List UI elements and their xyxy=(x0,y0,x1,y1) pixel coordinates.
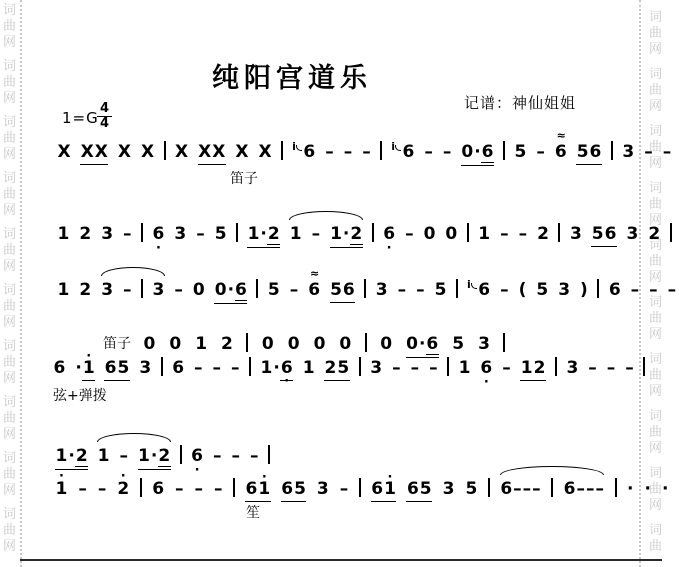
barline xyxy=(256,279,258,298)
beam-underline: 1·2 xyxy=(138,448,171,470)
note-digit: 5 xyxy=(117,360,130,378)
barline xyxy=(365,333,367,352)
duration-dash: – xyxy=(429,359,439,379)
beam-underline: XX xyxy=(80,144,108,165)
note-digit: 3 xyxy=(478,335,491,355)
note-digit: X xyxy=(258,143,272,163)
note-token: 6 xyxy=(608,281,621,301)
note-digit: 6 xyxy=(342,282,355,300)
note-token: – xyxy=(518,225,528,245)
note-digit: ( xyxy=(518,281,527,301)
page-title: 纯阳宫道乐 xyxy=(212,56,372,95)
beam-underline: 0·6 xyxy=(406,336,439,358)
note-token: 2 xyxy=(221,335,234,355)
beam-underline: 61· xyxy=(371,481,397,502)
duration-dash: – xyxy=(311,225,321,245)
duration-dash: – xyxy=(119,447,129,467)
note-token: 12 xyxy=(520,359,546,381)
barline xyxy=(372,223,374,242)
barline xyxy=(359,478,361,497)
note-digit: 3 xyxy=(569,225,582,245)
note-digit: 6 xyxy=(152,480,165,500)
note-digit: 0 xyxy=(169,335,182,355)
note-digit: 2 xyxy=(267,226,280,244)
duration-dash: – xyxy=(595,480,605,500)
augmentation-dot: · xyxy=(150,448,157,466)
barline xyxy=(447,357,449,376)
note-digit: 1 xyxy=(55,448,68,466)
note-token: – xyxy=(231,447,241,467)
note-token: ·1· xyxy=(75,359,95,381)
duration-dash: – xyxy=(250,447,260,467)
note-token: 1·2 xyxy=(55,447,88,470)
watermark-char-right: 词 xyxy=(649,410,662,423)
note-digit: X xyxy=(57,143,71,163)
note-token: 3 xyxy=(370,359,383,379)
left-dotted-border xyxy=(20,0,22,567)
note-token: 2 xyxy=(79,225,92,245)
watermark-char-left: 曲 xyxy=(3,76,16,89)
score-line-3: 123–3–00·65–6≈563––5i6–(53)6––– xyxy=(57,279,679,301)
barline xyxy=(503,333,505,352)
note-digit: X xyxy=(94,144,108,162)
beam-underline: 1·2 xyxy=(247,226,280,248)
duration-dash: – xyxy=(424,143,434,163)
note-token: 0·6 xyxy=(461,143,494,166)
note-digit: 6 xyxy=(589,144,602,162)
note-token: – xyxy=(250,447,260,467)
note-token: 5 xyxy=(536,281,549,301)
beam-double-underline: 2 xyxy=(267,226,280,245)
watermark-char-left: 词 xyxy=(3,508,16,521)
watermark-char-left: 曲 xyxy=(3,132,16,145)
duration-dash: – xyxy=(532,480,542,500)
duration-dash: – xyxy=(213,447,223,467)
watermark-char-left: 网 xyxy=(3,372,16,385)
note-digit: 6 xyxy=(478,281,491,301)
duration-dash: – xyxy=(123,281,133,301)
duration-dash: – xyxy=(536,143,546,163)
note-token: 6≈ xyxy=(554,143,567,163)
note-token: 0 xyxy=(380,335,393,355)
barline xyxy=(456,279,458,298)
watermark-char-left: 网 xyxy=(3,484,16,497)
instrument-label: 弦+弹拨 xyxy=(53,385,107,405)
note-digit: 6 xyxy=(281,481,294,499)
watermark-char-left: 曲 xyxy=(3,20,16,33)
duration-dash: – xyxy=(500,225,510,245)
note-digit: 2 xyxy=(221,335,234,355)
augmentation-dot: · xyxy=(227,282,234,300)
note-digit: 6 xyxy=(481,144,494,162)
duration-dash: – xyxy=(78,480,88,500)
note-digit: 2 xyxy=(533,360,546,378)
note-token: – xyxy=(325,143,335,163)
watermark-char-left: 网 xyxy=(3,260,16,273)
watermark-char-left: 词 xyxy=(3,60,16,73)
beam-double-underline: 6 xyxy=(426,336,439,355)
key-signature: 1=G xyxy=(62,109,99,127)
note-token: – xyxy=(536,143,546,163)
note-token: – xyxy=(196,225,206,245)
note-token: 1 xyxy=(458,359,471,379)
note-token: 0 xyxy=(287,335,300,355)
note-digit: 1 xyxy=(478,225,491,245)
beam-underline: 61· xyxy=(245,481,271,502)
note-digit: 2 xyxy=(79,225,92,245)
note-token: – xyxy=(343,143,353,163)
transcriber-credit: 记谱：神仙姐姐 xyxy=(464,92,576,113)
duration-dash: – xyxy=(289,281,299,301)
grace-note-i: i xyxy=(292,140,296,153)
note-digit: 0 xyxy=(287,335,300,355)
duration-dash: – xyxy=(194,480,204,500)
duration-dash: – xyxy=(630,281,640,301)
note-digit: 5 xyxy=(465,480,478,500)
note-digit: 3 xyxy=(139,359,152,379)
duration-dash: – xyxy=(325,143,335,163)
duration-dash: – xyxy=(606,359,616,379)
note-digit: 1· xyxy=(384,481,397,499)
note-digit: 0 xyxy=(143,335,156,355)
octave-down-dot: · xyxy=(484,376,489,389)
duration-dash: – xyxy=(522,480,532,500)
octave-up-dot: · xyxy=(86,350,91,363)
note-token: 5 xyxy=(267,281,280,301)
barline xyxy=(488,478,490,497)
beam-underline: XX xyxy=(198,144,226,165)
note-digit: 3 xyxy=(442,480,455,500)
note-token: · xyxy=(644,480,651,500)
note-digit: 3 xyxy=(101,225,114,245)
note-token: – xyxy=(588,359,598,379)
barline xyxy=(597,279,599,298)
grace-tie-hook xyxy=(395,145,401,151)
barline xyxy=(140,478,142,497)
note-token: 1·2 xyxy=(330,225,363,248)
note-token: · xyxy=(627,480,634,500)
note-token: ( xyxy=(518,281,527,301)
watermark-char-right: 词 xyxy=(649,182,662,195)
note-token: 5 xyxy=(214,225,227,245)
note-token: i6 xyxy=(391,143,415,163)
duration-dash: – xyxy=(214,480,224,500)
watermark-char-right: 曲 xyxy=(649,426,662,439)
note-digit: 6· xyxy=(191,447,204,467)
note-digit: 2 xyxy=(324,360,337,378)
note-token: 61· xyxy=(371,480,397,502)
time-signature-numerator: 4 xyxy=(97,102,112,116)
note-digit: 5 xyxy=(337,360,350,378)
barline xyxy=(281,141,283,160)
note-token: 1 xyxy=(302,359,315,379)
beam-double-underline: 6 xyxy=(235,282,248,301)
note-digit: 5 xyxy=(591,226,604,244)
note-digit: 2 xyxy=(648,225,661,245)
note-token: 3 xyxy=(101,225,114,245)
note-digit: 0 xyxy=(261,335,274,355)
watermark-char-left: 网 xyxy=(3,428,16,441)
duration-dash: – xyxy=(212,359,222,379)
note-token: 56 xyxy=(591,225,617,247)
note-token: 1 xyxy=(57,225,70,245)
note-token: – xyxy=(405,225,415,245)
watermark-char-left: 网 xyxy=(3,148,16,161)
note-digit: 3 xyxy=(558,281,571,301)
watermark-char-left: 网 xyxy=(3,204,16,217)
watermark-char-right: 曲 xyxy=(649,255,662,268)
watermark-char-left: 词 xyxy=(3,228,16,241)
note-digit: 0 xyxy=(380,335,393,355)
note-token: 3 xyxy=(139,359,152,379)
note-digit: 1· xyxy=(82,360,95,378)
augmentation-dot: · xyxy=(68,448,75,466)
note-digit: 6 xyxy=(402,143,415,163)
note-digit: 3 xyxy=(174,225,187,245)
note-digit: 0 xyxy=(461,144,474,162)
watermark-char-left: 网 xyxy=(3,36,16,49)
note-token: – xyxy=(644,143,654,163)
tremolo-mark: ≈ xyxy=(310,268,318,279)
note-digit: 6 xyxy=(235,282,248,300)
note-token: 61· xyxy=(245,480,271,502)
note-token: – xyxy=(78,480,88,500)
note-token: 2 xyxy=(79,281,92,301)
note-token: – xyxy=(311,225,321,245)
barline xyxy=(268,445,270,464)
barline xyxy=(164,141,166,160)
note-token: 65 xyxy=(104,359,130,381)
beam-underline: 6· xyxy=(280,360,293,381)
note-token: 2 xyxy=(648,225,661,245)
barline xyxy=(615,478,617,497)
beam-underline: 56 xyxy=(591,226,617,247)
note-digit: 5 xyxy=(514,143,527,163)
duration-dash: – xyxy=(175,480,185,500)
note-digit: 3 xyxy=(626,225,639,245)
note-token: · xyxy=(661,480,668,500)
note-token: 0 xyxy=(339,335,352,355)
note-digit: 6≈ xyxy=(554,143,567,163)
note-digit: X xyxy=(175,143,189,163)
watermark-char-right: 网 xyxy=(649,385,662,398)
note-digit: 1 xyxy=(330,226,343,244)
barline xyxy=(233,478,235,497)
note-digit: 5 xyxy=(576,144,589,162)
note-token: 3 xyxy=(626,225,639,245)
watermark-char-right: 曲 xyxy=(649,312,662,325)
watermark-char-right: 词 xyxy=(649,524,662,537)
note-token: – xyxy=(416,281,426,301)
watermark-char-left: 曲 xyxy=(3,524,16,537)
duration-dash: – xyxy=(576,480,586,500)
note-digit: X xyxy=(117,143,131,163)
note-token: 6≈ xyxy=(308,281,321,301)
note-digit: X xyxy=(140,143,154,163)
note-digit: 5 xyxy=(536,281,549,301)
note-token: 3 xyxy=(152,281,165,301)
note-digit: 6· xyxy=(280,360,293,378)
note-token: 1 xyxy=(97,447,110,467)
augmentation-dot: · xyxy=(474,144,481,162)
note-token: – xyxy=(649,281,659,301)
note-digit: 3 xyxy=(316,480,329,500)
octave-down-dot: · xyxy=(195,464,200,477)
note-token: 0 xyxy=(313,335,326,355)
tie-slur-arc xyxy=(500,466,604,475)
note-digit: 6 xyxy=(303,143,316,163)
note-token: 1 xyxy=(478,225,491,245)
duration-dash: – xyxy=(644,143,654,163)
score-line-5-top: 1·21–1·26·––– xyxy=(55,445,279,467)
barline xyxy=(551,478,553,497)
note-token: – xyxy=(194,359,204,379)
note-token: – xyxy=(397,281,407,301)
duration-dash: – xyxy=(174,281,184,301)
duration-dash: – xyxy=(343,143,353,163)
note-token: 1·6· xyxy=(260,359,293,381)
duration-dash: – xyxy=(194,359,204,379)
note-token: ) xyxy=(580,281,589,301)
beam-underline: 1·2 xyxy=(55,448,88,470)
duration-dash: – xyxy=(518,225,528,245)
augmentation-dot: · xyxy=(260,226,267,244)
note-digit: 0 xyxy=(192,281,205,301)
note-token: – xyxy=(174,281,184,301)
note-token: X xyxy=(175,143,189,163)
time-signature-denominator: 4 xyxy=(97,116,112,131)
note-token: – xyxy=(625,359,635,379)
note-digit: 2 xyxy=(537,225,550,245)
note-token: 3 xyxy=(622,143,635,163)
note-token: 6· xyxy=(383,225,396,245)
note-token: – xyxy=(410,359,420,379)
note-token: X xyxy=(258,143,272,163)
note-token: – xyxy=(123,281,133,301)
note-digit: 2 xyxy=(350,226,363,244)
note-digit: 3 xyxy=(370,359,383,379)
watermark-char-left: 曲 xyxy=(3,356,16,369)
barline xyxy=(180,445,182,464)
watermark-char-left: 曲 xyxy=(3,412,16,425)
note-token: 6 xyxy=(53,359,66,379)
watermark-char-left: 曲 xyxy=(3,188,16,201)
watermark-char-left: 词 xyxy=(3,116,16,129)
note-token: 6· xyxy=(191,447,204,467)
note-token: 1· xyxy=(55,480,68,500)
note-token: 1 xyxy=(289,225,302,245)
note-digit: 5 xyxy=(419,481,432,499)
note-token: 1 xyxy=(195,335,208,355)
note-digit: 2 xyxy=(79,281,92,301)
note-token: 1·2 xyxy=(247,225,280,248)
score-line-1: XXXXXXXXXXi6–––i6––0·65–6≈563––– xyxy=(57,141,679,163)
duration-dash: – xyxy=(339,480,349,500)
note-digit: 5 xyxy=(452,335,465,355)
note-token: 2 xyxy=(537,225,550,245)
note-token: – xyxy=(606,359,616,379)
watermark-char-left: 网 xyxy=(3,540,16,553)
watermark-char-right: 词 xyxy=(649,125,662,138)
duration-dash: – xyxy=(397,281,407,301)
augmentation-dot: · xyxy=(627,480,634,500)
note-token: 56 xyxy=(330,281,356,303)
note-digit: 6 xyxy=(604,226,617,244)
note-token: 6 xyxy=(152,480,165,500)
octave-down-dot: · xyxy=(387,242,392,255)
duration-dash: – xyxy=(410,359,420,379)
note-token: 1·2 xyxy=(138,447,171,470)
duration-dash: – xyxy=(405,225,415,245)
note-token: – xyxy=(214,480,224,500)
barline xyxy=(161,357,163,376)
duration-dash: – xyxy=(442,143,452,163)
note-digit: 1 xyxy=(247,226,260,244)
note-digit: 6 xyxy=(406,481,419,499)
barline xyxy=(503,141,505,160)
note-digit: 5 xyxy=(214,225,227,245)
note-token: 3 xyxy=(558,281,571,301)
duration-dash: – xyxy=(196,225,206,245)
note-digit: 0 xyxy=(214,282,227,300)
note-token: 0·6 xyxy=(214,281,247,304)
note-digit: 5 xyxy=(267,281,280,301)
note-token: 5 xyxy=(434,281,447,301)
barline xyxy=(558,223,560,242)
note-token: 6––– xyxy=(563,480,604,500)
watermark-char-right: 曲 xyxy=(649,27,662,40)
note-digit: 1 xyxy=(458,359,471,379)
note-token: 0 xyxy=(143,335,156,355)
note-digit: 2· xyxy=(117,480,130,500)
duration-dash: – xyxy=(97,480,107,500)
note-token: 3 xyxy=(316,480,329,500)
augmentation-dot: · xyxy=(273,359,280,379)
tremolo-mark: ≈ xyxy=(557,130,565,141)
note-token: 3 xyxy=(375,281,388,301)
duration-dash: – xyxy=(625,359,635,379)
note-token: – xyxy=(231,359,241,379)
note-digit: 5 xyxy=(294,481,307,499)
beam-double-underline: 2 xyxy=(75,448,88,467)
tie-slur-arc xyxy=(289,211,363,220)
grace-note-i: i xyxy=(467,278,471,291)
note-token: 65 xyxy=(281,480,307,502)
grace-tie-hook xyxy=(296,145,302,151)
note-digit: 6 xyxy=(426,336,439,354)
watermark-char-right: 曲 xyxy=(649,198,662,211)
note-token: 6 xyxy=(172,359,185,379)
beam-underline: 1· xyxy=(82,360,95,381)
note-token: 6––– xyxy=(500,480,541,500)
beam-underline: 56 xyxy=(330,282,356,303)
note-token: – xyxy=(97,480,107,500)
watermark-char-right: 网 xyxy=(649,100,662,113)
note-token: – xyxy=(212,359,222,379)
watermark-char-left: 网 xyxy=(3,316,16,329)
score-line-4-bottom: 6·1·6536–––1·6·1253–––16·–123––– xyxy=(53,357,654,379)
note-digit: 1 xyxy=(260,359,273,379)
note-token: X xyxy=(235,143,249,163)
score-line-4-top: 笛子0012000000·653 xyxy=(103,333,518,355)
watermark-char-right: 网 xyxy=(649,442,662,455)
note-digit: 6 xyxy=(563,480,576,500)
note-digit: 0 xyxy=(406,336,419,354)
score-line-5-bottom: 1·––2·6–––61·653–61·65356–––6–––···· xyxy=(55,478,679,500)
note-token: – xyxy=(662,143,672,163)
note-digit: 1 xyxy=(57,225,70,245)
watermark-char-left: 曲 xyxy=(3,244,16,257)
